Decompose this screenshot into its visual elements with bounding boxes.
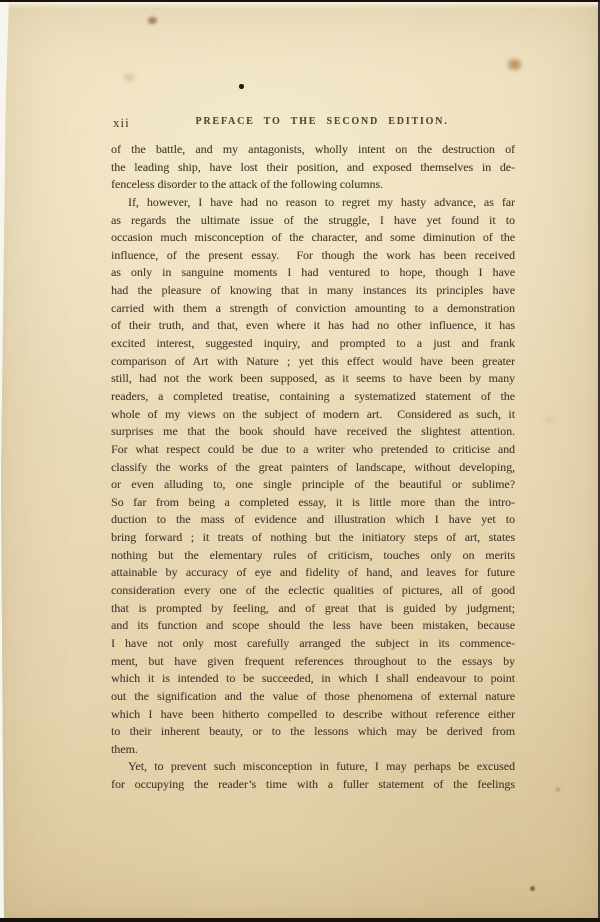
text-line: or even alluding to, one single principl… [111, 476, 515, 494]
text-line: fenceless disorder to the attack of the … [111, 176, 515, 194]
scanned-page: xii PREFACE TO THE SECOND EDITION. of th… [0, 2, 598, 918]
text-line: surprises me that the book should have r… [111, 423, 515, 441]
page-edge-highlight [0, 2, 598, 9]
text-line: bring forward ; it treats of nothing but… [111, 529, 515, 547]
text-line: of the battle, and my antagonists, wholl… [111, 141, 515, 159]
scan-edge-top [0, 0, 600, 2]
text-line: classify the works of the great painters… [111, 459, 515, 477]
stain [124, 74, 135, 81]
stain [530, 886, 535, 891]
text-line: which it is intended to be succeeded, in… [111, 670, 515, 688]
text-line: If, however, I have had no reason to reg… [111, 194, 515, 212]
page-header: xii PREFACE TO THE SECOND EDITION. [113, 114, 513, 132]
text-line: readers, a completed treatise, containin… [111, 388, 515, 406]
text-line: So far from being a completed essay, it … [111, 494, 515, 512]
book-scan: xii PREFACE TO THE SECOND EDITION. of th… [0, 0, 600, 922]
text-line: out the signification and the value of t… [111, 688, 515, 706]
text-line: had the pleasure of knowing that in many… [111, 282, 515, 300]
text-line: carried with them a strength of convicti… [111, 300, 515, 318]
text-line: ment, but have given frequent references… [111, 653, 515, 671]
text-line: nothing but the elementary rules of crit… [111, 547, 515, 565]
text-line: duction to the mass of evidence and illu… [111, 511, 515, 529]
text-line: For what respect could be due to a write… [111, 441, 515, 459]
text-line: them. [111, 741, 515, 759]
text-line: influence, of the present essay. For tho… [111, 247, 515, 265]
text-line: as regards the ultimate issue of the str… [111, 212, 515, 230]
stain [556, 788, 560, 791]
text-line: Yet, to prevent such misconception in fu… [111, 758, 515, 776]
text-line: whole of my views on the subject of mode… [111, 406, 515, 424]
text-line: to their inherent beauty, or to the less… [111, 723, 515, 741]
text-line: and its function and scope should the le… [111, 617, 515, 635]
text-line: of their truth, and that, even where it … [111, 317, 515, 335]
stain [148, 17, 157, 24]
text-line: as only in sanguine moments I had ventur… [111, 264, 515, 282]
ink-spot [239, 84, 244, 89]
text-line: for occupying the reader’s time with a f… [111, 776, 515, 794]
text-line: comparison of Art with Nature ; yet this… [111, 353, 515, 371]
text-line: occasion much misconception of the chara… [111, 229, 515, 247]
running-head: PREFACE TO THE SECOND EDITION. [122, 116, 522, 127]
text-line: that is prompted by feeling, and of grea… [111, 600, 515, 618]
text-line: I have not only most carefully arranged … [111, 635, 515, 653]
body-text: of the battle, and my antagonists, wholl… [111, 141, 515, 794]
text-line: the leading ship, have lost their positi… [111, 159, 515, 177]
stain [545, 417, 554, 423]
text-line: attainable by accuracy of eye and fideli… [111, 564, 515, 582]
text-line: which I have been hitherto compelled to … [111, 706, 515, 724]
stain [508, 59, 521, 70]
text-line: consideration every one of the eclectic … [111, 582, 515, 600]
scan-edge-bottom [0, 918, 600, 922]
text-line: still, had not the work been supposed, a… [111, 370, 515, 388]
text-line: excited interest, suggested inquiry, and… [111, 335, 515, 353]
